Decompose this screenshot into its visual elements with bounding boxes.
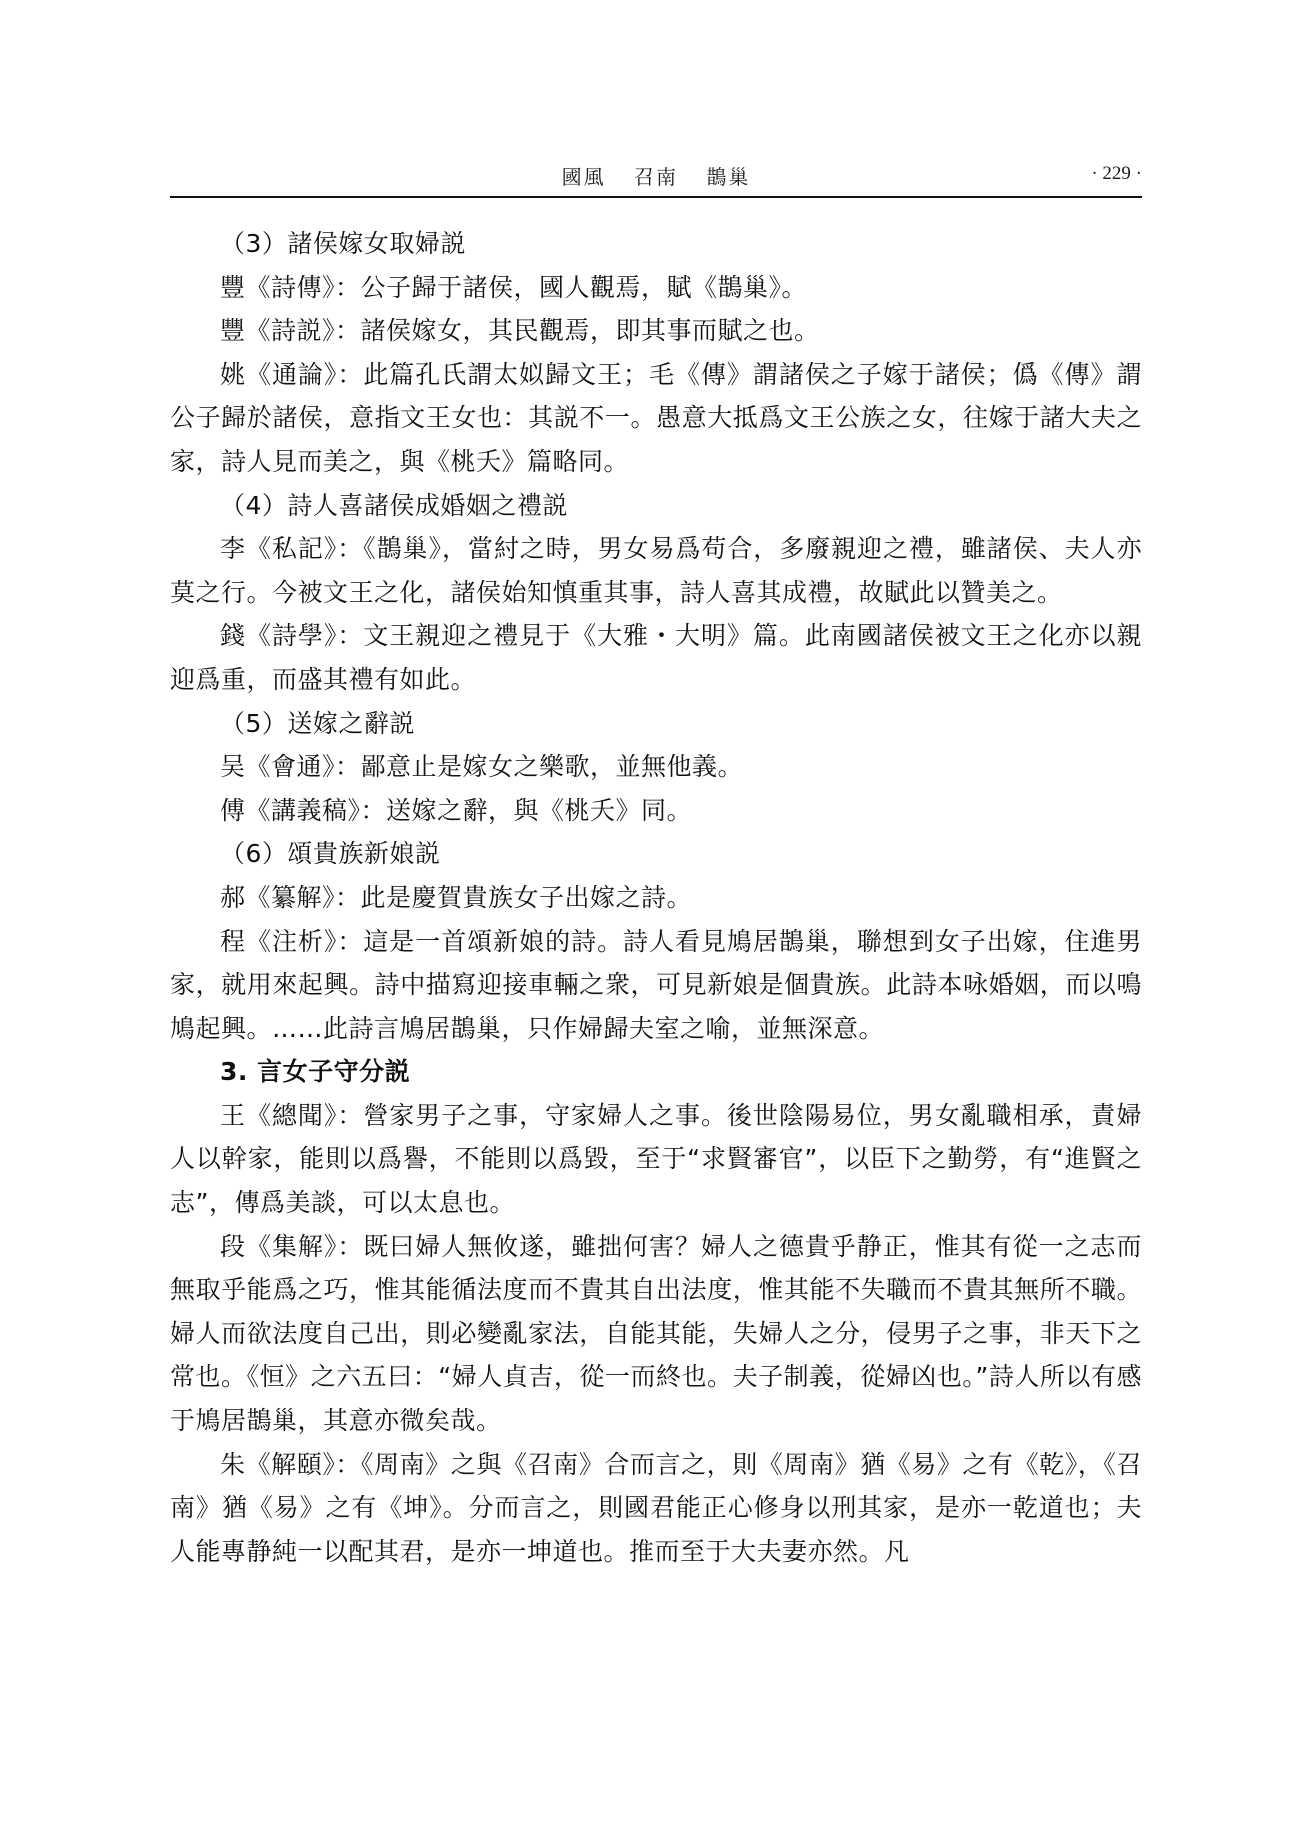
section-heading-3: （3）諸侯嫁女取婦説 (170, 222, 1142, 266)
paragraph: 段《集解》：既曰婦人無攸遂，雖拙何害？婦人之德貴乎静正，惟其有從一之志而無取乎能… (170, 1225, 1142, 1443)
page-body: （3）諸侯嫁女取婦説 豐《詩傳》：公子歸于諸侯，國人觀焉，賦《鵲巢》。 豐《詩説… (170, 222, 1142, 1573)
paragraph: 錢《詩學》：文王親迎之禮見于《大雅・大明》篇。此南國諸侯被文王之化亦以親迎爲重，… (170, 614, 1142, 701)
paragraph: 程《注析》：這是一首頌新娘的詩。詩人看見鳩居鵲巢，聯想到女子出嫁，住進男家，就用… (170, 920, 1142, 1051)
paragraph: 郝《纂解》：此是慶賀貴族女子出嫁之詩。 (170, 876, 1142, 920)
page-number: · 229 · (1091, 163, 1142, 185)
paragraph: 李《私記》：《鵲巢》，當紂之時，男女易爲苟合，多廢親迎之禮，雖諸侯、夫人亦莫之行… (170, 527, 1142, 614)
paragraph: 豐《詩傳》：公子歸于諸侯，國人觀焉，賦《鵲巢》。 (170, 266, 1142, 310)
paragraph: 吴《會通》：鄙意止是嫁女之樂歌，並無他義。 (170, 745, 1142, 789)
paragraph: 朱《解頤》：《周南》之與《召南》合而言之，則《周南》猶《易》之有《乾》，《召南》… (170, 1443, 1142, 1574)
paragraph: 豐《詩説》：諸侯嫁女，其民觀焉，即其事而賦之也。 (170, 309, 1142, 353)
header-poem: 鵲巢 (706, 165, 750, 189)
header-section: 國風 (562, 165, 606, 189)
running-header: 國風 召南 鵲巢 · 229 · (170, 155, 1142, 195)
header-rule (170, 196, 1142, 198)
section-heading-6: （6）頌貴族新娘説 (170, 832, 1142, 876)
section-heading-major-3: 3. 言女子守分説 (170, 1050, 1142, 1094)
section-heading-5: （5）送嫁之辭説 (170, 702, 1142, 746)
header-title: 國風 召南 鵲巢 (170, 161, 1142, 190)
paragraph: 傅《講義稿》：送嫁之辭，與《桃夭》同。 (170, 789, 1142, 833)
paragraph: 姚《通論》：此篇孔氏謂太姒歸文王；毛《傳》謂諸侯之子嫁于諸侯；僞《傳》謂公子歸於… (170, 353, 1142, 484)
header-subsection: 召南 (634, 165, 678, 189)
paragraph: 王《總聞》：營家男子之事，守家婦人之事。後世陰陽易位，男女亂職相承，責婦人以幹家… (170, 1094, 1142, 1225)
section-heading-4: （4）詩人喜諸侯成婚姻之禮説 (170, 484, 1142, 528)
